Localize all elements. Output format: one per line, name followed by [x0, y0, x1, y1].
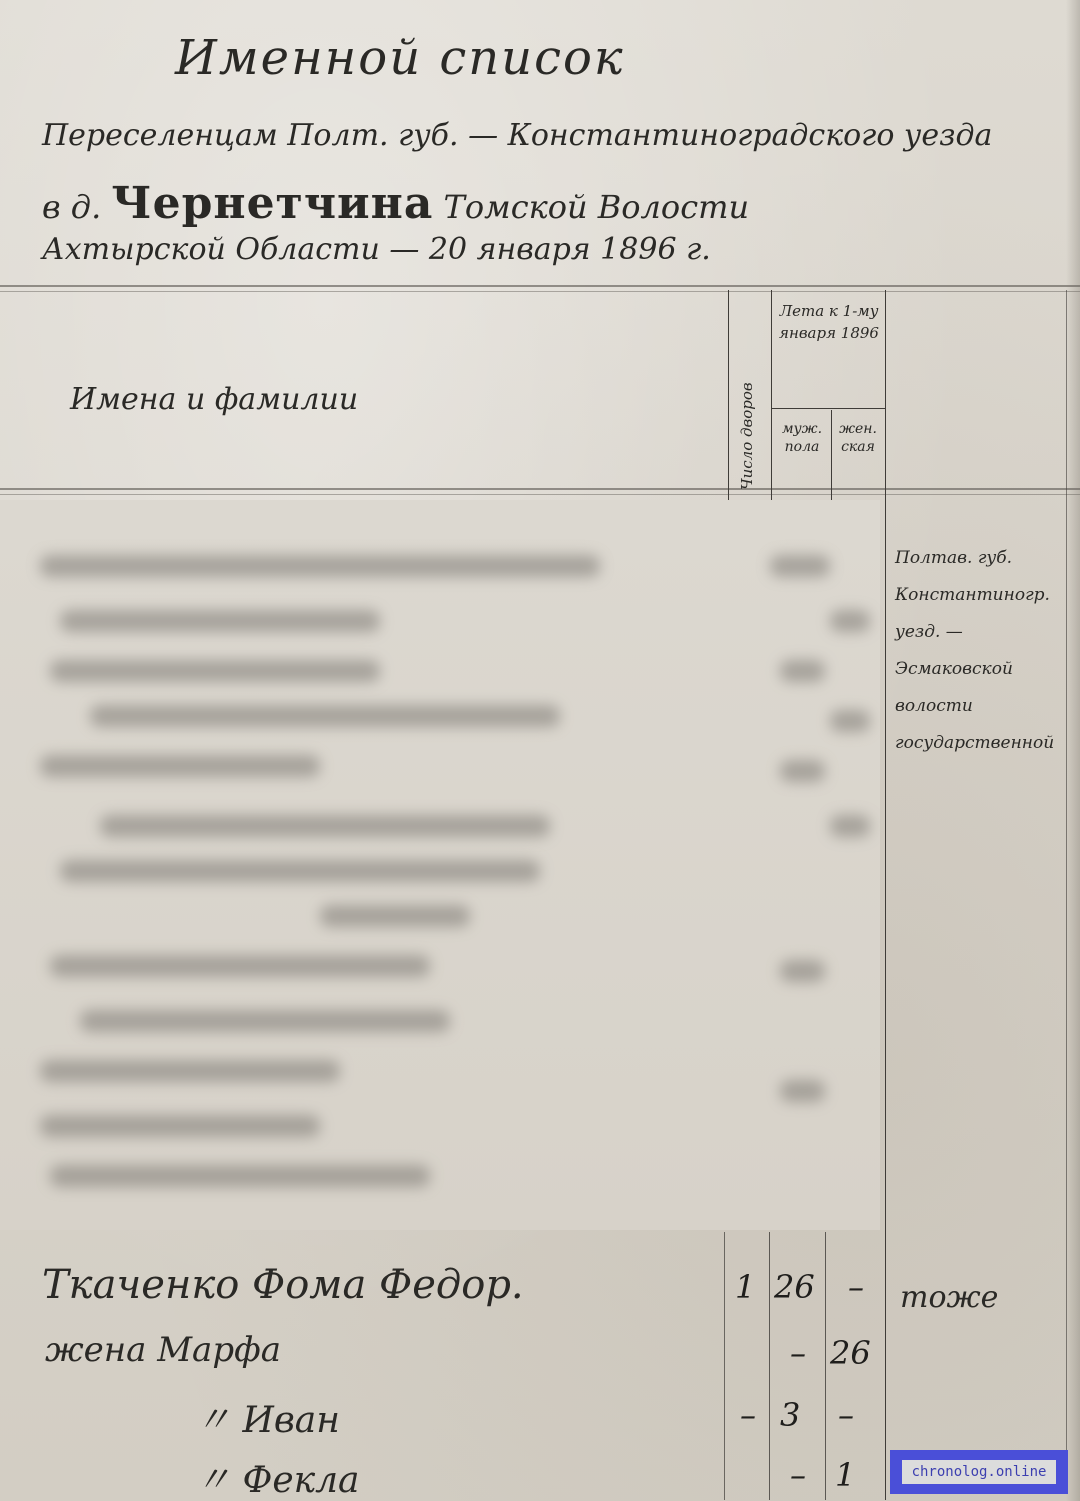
redacted-number	[780, 1080, 825, 1102]
header-names: Имена и фамилии	[70, 382, 358, 417]
row-4-female: 1	[835, 1456, 855, 1494]
redacted-row	[40, 1060, 340, 1082]
col-line-notes-right	[1066, 290, 1067, 1450]
col-line-notes-left	[885, 290, 886, 1500]
row-3-male: 3	[780, 1396, 800, 1434]
redacted-row	[80, 1010, 450, 1032]
col-line-households-right	[771, 290, 772, 500]
header-bottom-rule	[0, 488, 1080, 490]
row-4-male: –	[790, 1456, 806, 1494]
redacted-row	[50, 955, 430, 977]
page-edge-shadow	[1066, 0, 1080, 1501]
row-2-female: 26	[830, 1334, 871, 1372]
col-line-male-female	[831, 410, 832, 500]
col-line-households-left	[728, 290, 729, 500]
watermark-badge: chronolog.online	[890, 1450, 1068, 1494]
redacted-number	[780, 960, 825, 982]
redacted-row	[100, 815, 550, 837]
redacted-row	[60, 860, 540, 882]
redacted-number	[780, 760, 825, 782]
redacted-number	[780, 660, 825, 682]
age-subheader-rule	[771, 408, 885, 409]
row-4-name: 〃 Фекла	[195, 1452, 360, 1501]
redacted-number	[830, 710, 870, 732]
redacted-row	[40, 555, 600, 577]
subtitle-prefix: в д.	[42, 188, 101, 226]
row-3-households: –	[740, 1396, 756, 1434]
row-1-households: 1	[735, 1268, 755, 1306]
row-1-note: тоже	[900, 1280, 998, 1315]
row-3-name: 〃 Иван	[195, 1392, 340, 1443]
col-line-households-left-lower	[724, 1232, 725, 1500]
row-2-name: жена Марфа	[45, 1330, 281, 1370]
col-line-households-right-lower	[769, 1232, 770, 1500]
redacted-row	[90, 705, 560, 727]
header-male: муж. пола	[775, 420, 829, 456]
header-households: Число дворов	[738, 382, 756, 490]
row-1-male: 26	[774, 1268, 815, 1306]
row-1-name: Ткаченко Фома Федор.	[42, 1262, 524, 1308]
redacted-row	[320, 905, 470, 927]
redacted-row	[40, 1115, 320, 1137]
redacted-row	[40, 755, 320, 777]
row-2-male: –	[790, 1334, 806, 1372]
redacted-row	[50, 1165, 430, 1187]
watermark-text: chronolog.online	[902, 1460, 1057, 1484]
header-top-rule	[0, 285, 1080, 287]
redacted-number	[770, 555, 830, 577]
header-bottom-rule-double	[0, 494, 1080, 495]
subtitle-suffix: Томской Волости	[444, 188, 750, 226]
header-age-group: Лета к 1-му января 1896	[773, 300, 885, 344]
document-title: Именной список	[175, 30, 625, 86]
subtitle-line-2: в д. Чернетчина Томской Волости	[42, 178, 749, 229]
redacted-row	[50, 660, 380, 682]
col-line-male-female-lower	[825, 1232, 826, 1500]
header-top-rule-double	[0, 291, 1080, 292]
row-1-female: –	[848, 1268, 864, 1306]
note-origin: Полтав. губ. Константиногр. уезд. — Эсма…	[895, 540, 1065, 762]
row-3-female: –	[838, 1396, 854, 1434]
redacted-number	[830, 815, 870, 837]
redacted-rows-region	[0, 500, 880, 1230]
village-name: Чернетчина	[111, 178, 433, 229]
subtitle-line-3: Ахтырской Области — 20 января 1896 г.	[42, 232, 711, 267]
redacted-number	[830, 610, 870, 632]
redacted-row	[60, 610, 380, 632]
subtitle-line-1: Переселенцам Полт. губ. — Константиногра…	[42, 118, 992, 153]
header-female: жен. ская	[833, 420, 883, 456]
